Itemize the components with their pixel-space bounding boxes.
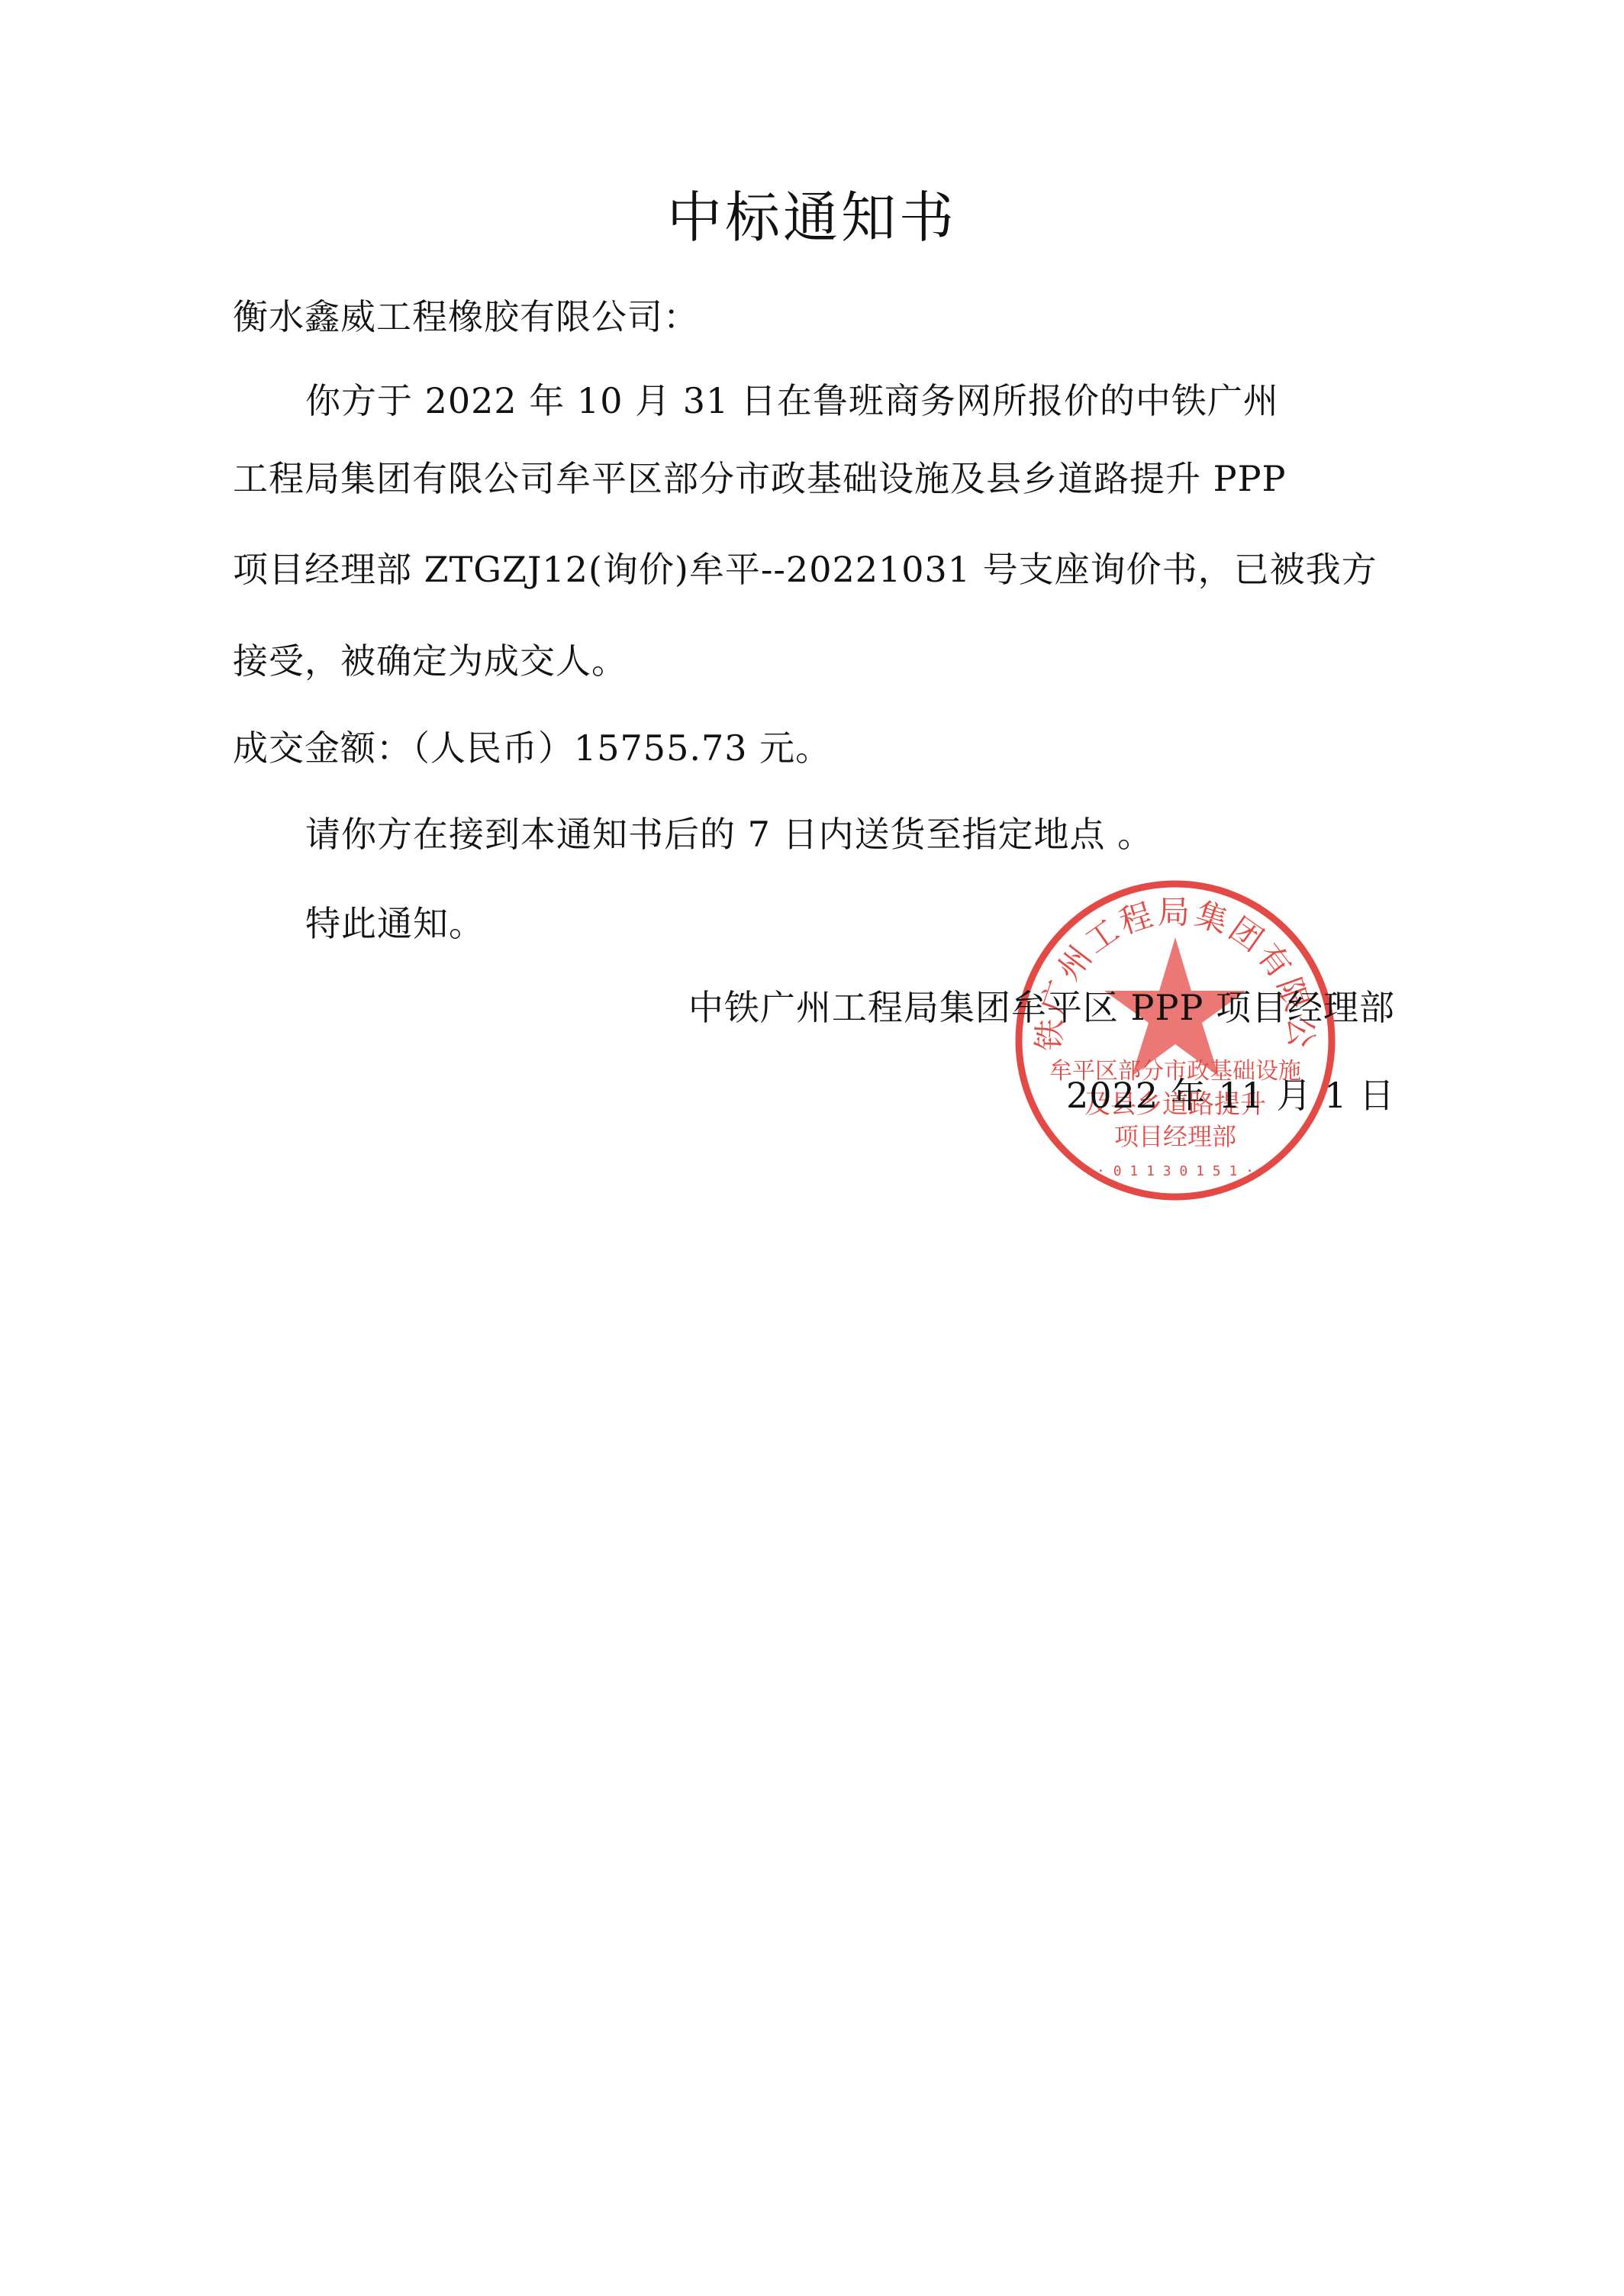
issuer-signature: 中铁广州工程局集团牟平区 PPP 项目经理部 [688, 985, 1395, 1030]
paragraph-1-line-4: 接受，被确定为成交人。 [233, 638, 627, 684]
document-page: 中铁广州工程局集团有限公司 牟平区部分市政基础设施 及县乡道路提升 项目经理部 … [0, 0, 1624, 2296]
delivery-instruction: 请你方在接到本通知书后的 7 日内送货至指定地点 。 [305, 811, 1153, 857]
paragraph-1-line-2: 工程局集团有限公司牟平区部分市政基础设施及县乡道路提升 PPP [233, 456, 1286, 501]
paragraph-1-line-3: 项目经理部 ZTGZJ12(询价)牟平--20221031 号支座询价书，已被我… [233, 547, 1377, 592]
paragraph-1-line-1: 你方于 2022 年 10 月 31 日在鲁班商务网所报价的中铁广州 [305, 378, 1279, 424]
stamp-serial: · 0 1 1 3 0 1 5 1 · [1097, 1163, 1254, 1179]
transaction-amount: 成交金额：（人民币）15755.73 元。 [233, 725, 831, 771]
closing-remark: 特此通知。 [305, 901, 485, 946]
addressee: 衡水鑫威工程橡胶有限公司： [233, 294, 699, 340]
stamp-inner-line-3: 项目经理部 [1114, 1122, 1236, 1151]
issue-date: 2022 年 11 月 1 日 [1066, 1072, 1395, 1118]
document-title: 中标通知书 [0, 183, 1624, 252]
official-seal-icon: 中铁广州工程局集团有限公司 牟平区部分市政基础设施 及县乡道路提升 项目经理部 … [1011, 876, 1339, 1204]
